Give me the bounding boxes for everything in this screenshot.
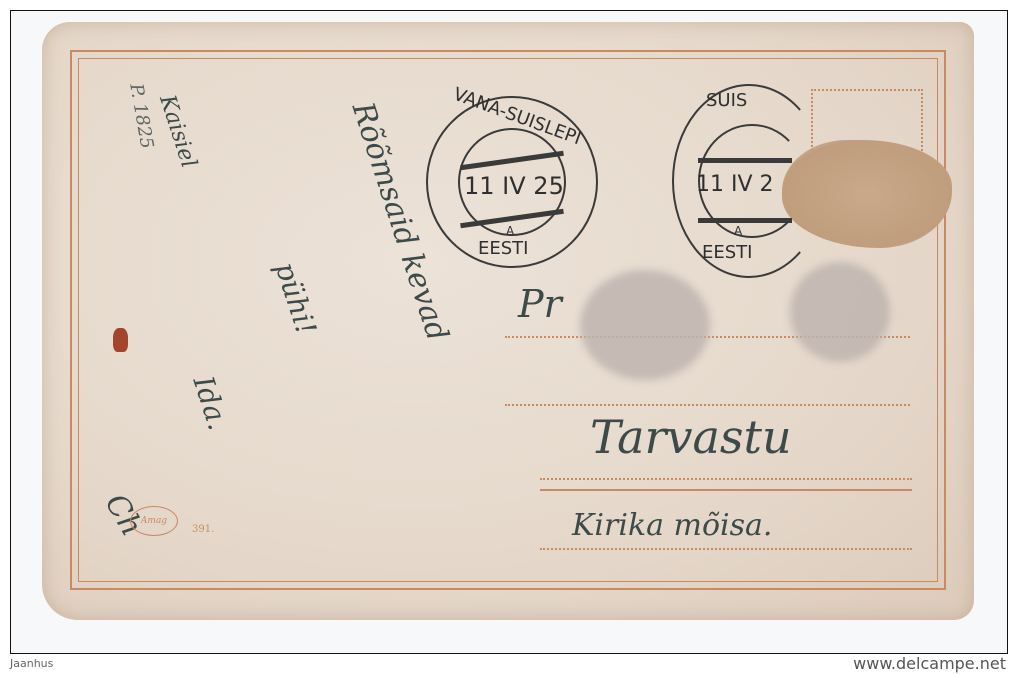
postmark-letter: A xyxy=(734,224,742,238)
red-wax-mark xyxy=(113,328,128,352)
address-line-2 xyxy=(505,404,910,406)
catalog-number: 391. xyxy=(192,524,214,535)
postmark-top-text: SUIS xyxy=(706,90,747,111)
postmark-partial: SUIS 11 IV 2 A EESTI xyxy=(672,84,826,278)
publisher-logo: Amag xyxy=(130,506,178,536)
address-city: Tarvastu xyxy=(590,410,792,464)
postmark-vana-suislepi: VANA-SUISLEPI 11 IV 25 A EESTI xyxy=(426,96,598,268)
postmark-date: 11 IV 25 xyxy=(464,172,564,200)
postmark-bottom-text: EESTI xyxy=(478,238,528,259)
redacted-name-2 xyxy=(790,262,890,362)
address-line-4 xyxy=(540,548,912,550)
redacted-name-1 xyxy=(580,270,710,380)
postmark-date: 11 IV 2 xyxy=(696,172,774,197)
site-watermark: www.delcampe.net xyxy=(853,654,1006,673)
address-line-3-solid xyxy=(540,489,912,491)
seller-watermark: Jaanhus xyxy=(10,657,53,670)
address-estate: Kirika mõisa. xyxy=(572,508,772,543)
address-line-3 xyxy=(540,478,912,480)
postmark-letter: A xyxy=(506,224,514,238)
address-name-prefix: Pr xyxy=(518,282,562,326)
postmark-bottom-text: EESTI xyxy=(702,242,752,263)
